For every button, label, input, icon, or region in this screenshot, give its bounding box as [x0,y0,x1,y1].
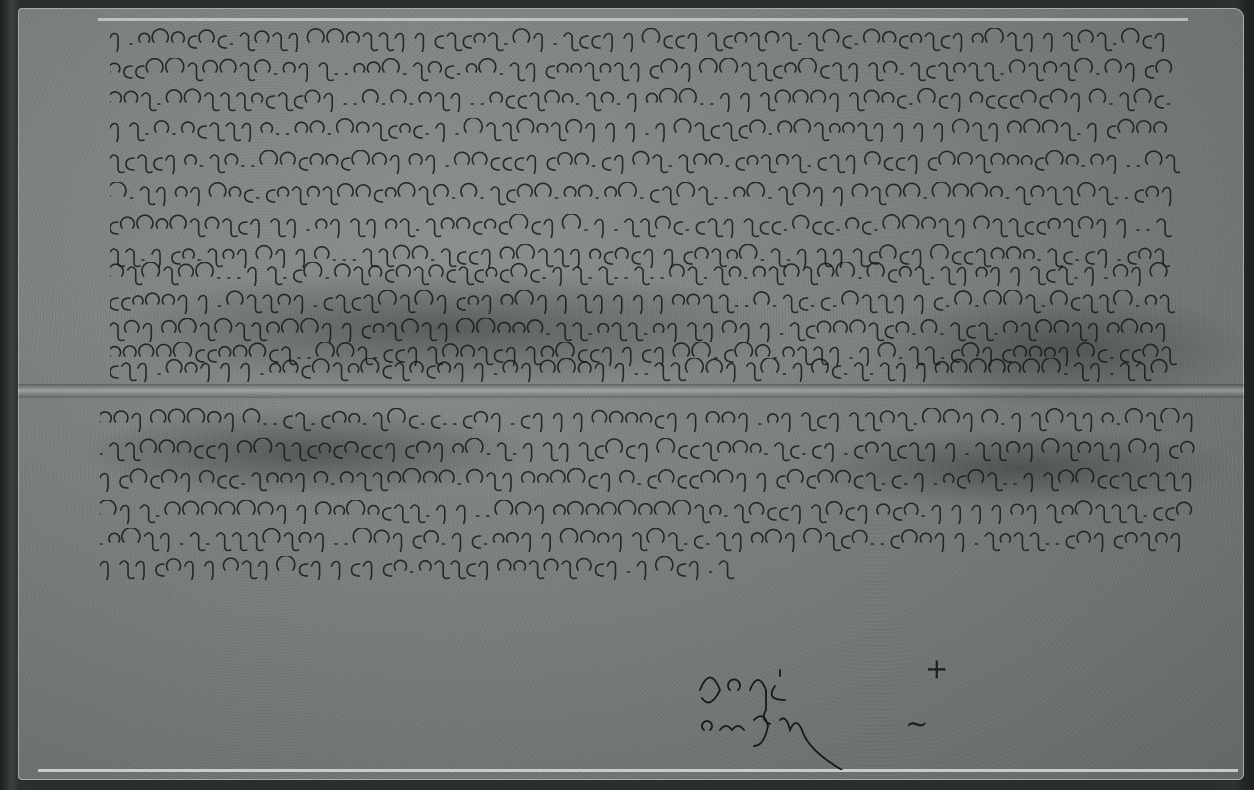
margin-mark: ~ [905,707,928,740]
manuscript-line [100,438,1200,462]
manuscript-line [100,500,1200,524]
manuscript-line [100,468,1200,492]
manuscript-line [110,262,1180,286]
manuscript-line [110,118,1180,142]
manuscript-line [110,88,1180,112]
manuscript-line [110,28,1180,52]
sheet-top-edge [98,18,1188,21]
manuscript-line [110,182,1180,206]
manuscript-line [110,318,1180,342]
sheet-bottom-edge [38,769,1238,772]
manuscript-line [100,408,1200,432]
manuscript-line [100,528,1200,552]
margin-mark: + [925,652,948,685]
signature-icon [690,660,860,770]
manuscript-line [100,556,740,580]
manuscript-line [110,290,1180,314]
manuscript-line [110,358,1180,382]
manuscript-line [110,150,1180,174]
manuscript-line [110,214,1180,238]
signature [690,660,860,774]
manuscript-sheet: +~ [18,8,1244,780]
manuscript-line [110,58,1180,82]
